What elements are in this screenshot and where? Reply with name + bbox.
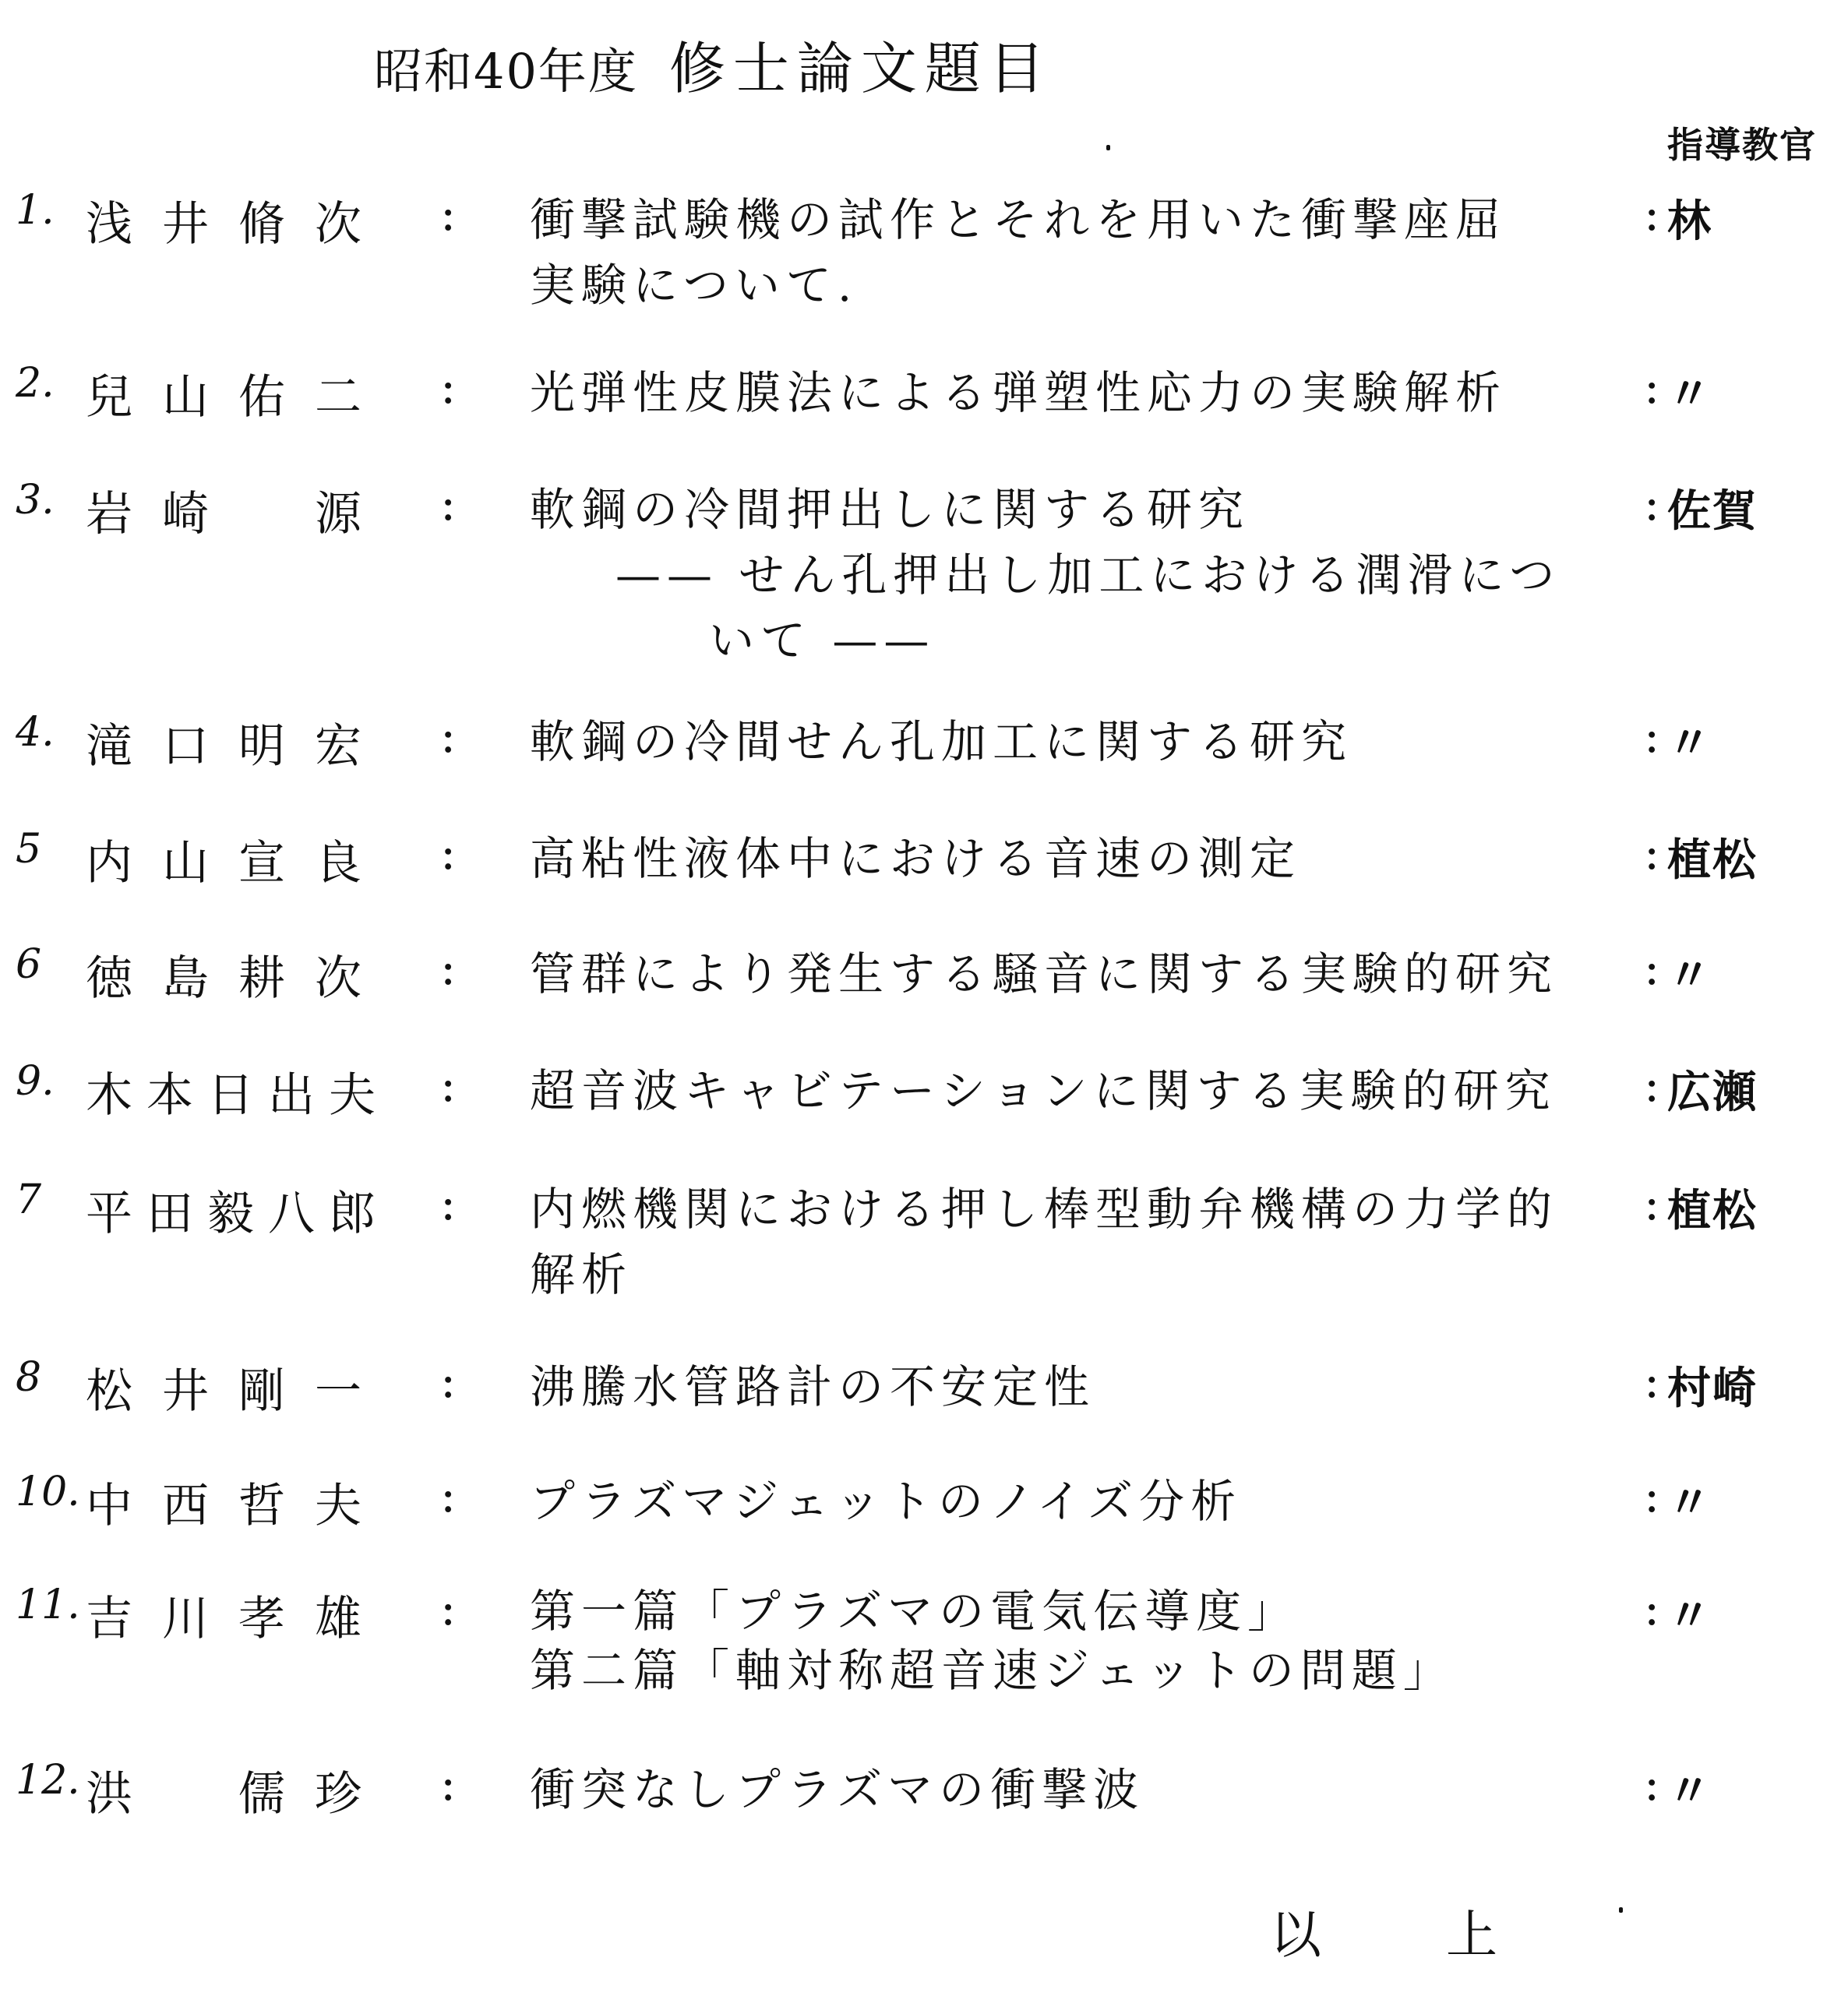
separator-colon: : (440, 709, 456, 764)
student-name: 滝口明宏 (86, 709, 428, 776)
thesis-subtitle-line: —— せん孔押出し加工における潤滑につ (530, 542, 1652, 608)
thesis-line: 超音波キャビテーションに関する実験的研究 (530, 1058, 1652, 1123)
student-name: 中西哲夫 (86, 1469, 428, 1536)
separator-colon: : (1644, 187, 1659, 242)
thesis-title: 衝撃試験機の試作とそれを用いた衝撃座屈 実験について. (530, 187, 1652, 318)
advisor-name: 〃 (1667, 1469, 1712, 1531)
separator-colon: : (440, 941, 456, 996)
advisor-name: 佐賀 (1667, 477, 1758, 539)
separator-colon: : (1644, 709, 1659, 764)
advisor-name: 〃 (1667, 941, 1712, 1003)
entry-number: 5 (16, 826, 86, 873)
advisor-column-header: 指導教官 (1667, 117, 1817, 168)
thesis-title: プラズマジェットのノイズ分析 (530, 1469, 1652, 1534)
separator-colon: : (1644, 1058, 1659, 1113)
entry-number: 2. (16, 360, 86, 407)
student-name: 兒山佑二 (86, 360, 428, 427)
title-fiscal-year: 昭和40年度 (374, 43, 638, 100)
thesis-line: 管群により発生する騒音に関する実験的研究 (530, 941, 1652, 1007)
separator-colon: : (1644, 1469, 1659, 1523)
thesis-line: 軟鋼の冷間押出しに関する研究 (530, 477, 1652, 542)
thesis-title: 光弾性皮膜法による弾塑性応力の実験解析 (530, 360, 1652, 425)
separator-colon: : (1644, 477, 1659, 531)
entry-number: 8 (16, 1354, 86, 1401)
separator-colon: : (1644, 1582, 1659, 1636)
scan-speck (1106, 145, 1110, 150)
separator-colon: : (1644, 826, 1659, 880)
thesis-title: 衝突なしプラズマの衝撃波 (530, 1757, 1652, 1822)
separator-colon: : (440, 1757, 456, 1811)
thesis-title: 高粘性液体中における音速の測定 (530, 826, 1652, 891)
student-name: 吉川孝雄 (86, 1582, 428, 1649)
thesis-line: 沸騰水管路計の不安定性 (530, 1354, 1652, 1420)
entry-number: 11. (16, 1582, 86, 1628)
thesis-line: 衝突なしプラズマの衝撃波 (530, 1757, 1652, 1822)
entry-number: 3. (16, 477, 86, 524)
thesis-title: 管群により発生する騒音に関する実験的研究 (530, 941, 1652, 1007)
entry-number: 12. (16, 1757, 86, 1804)
thesis-line: 第二篇「軸対称超音速ジェットの問題」 (530, 1641, 1652, 1700)
thesis-title: 内燃機関における押し棒型動弁機構の力学的 解析 (530, 1176, 1652, 1307)
thesis-title: 第一篇「プラズマの電気伝導度」 第二篇「軸対称超音速ジェットの問題」 (530, 1582, 1652, 1700)
separator-colon: : (1644, 1757, 1659, 1811)
student-name: 徳島耕次 (86, 941, 428, 1008)
separator-colon: : (1644, 1354, 1659, 1409)
title-main: 修士論文題目 (669, 36, 1053, 101)
separator-colon: : (440, 477, 456, 531)
separator-colon: : (440, 1176, 456, 1231)
student-name: 内山宣良 (86, 826, 428, 893)
closing-mark: 以上 (1270, 1893, 1622, 1967)
thesis-title: 沸騰水管路計の不安定性 (530, 1354, 1652, 1420)
advisor-name: 〃 (1667, 709, 1712, 771)
entry-number: 1. (16, 187, 86, 234)
thesis-title: 軟鋼の冷間せん孔加工に関する研究 (530, 709, 1652, 774)
thesis-line: 軟鋼の冷間せん孔加工に関する研究 (530, 709, 1652, 774)
thesis-line: 高粘性液体中における音速の測定 (530, 826, 1652, 891)
separator-colon: : (440, 1469, 456, 1523)
advisor-name: 植松 (1667, 826, 1758, 888)
entry-number: 9. (16, 1058, 86, 1105)
separator-colon: : (440, 1058, 456, 1113)
advisor-name: 〃 (1667, 360, 1712, 422)
thesis-line: 衝撃試験機の試作とそれを用いた衝撃座屈 (530, 187, 1652, 252)
student-name: 洪 儒珍 (86, 1757, 428, 1824)
thesis-line: 光弾性皮膜法による弾塑性応力の実験解析 (530, 360, 1652, 425)
scan-speck (1619, 1907, 1623, 1913)
student-name: 浅井脩次 (86, 187, 428, 254)
advisor-name: 〃 (1667, 1582, 1712, 1644)
separator-colon: : (1644, 1176, 1659, 1231)
entry-number: 6 (16, 941, 86, 988)
advisor-name: 広瀬 (1667, 1058, 1758, 1120)
separator-colon: : (440, 826, 456, 880)
separator-colon: : (440, 1354, 456, 1409)
thesis-title: 超音波キャビテーションに関する実験的研究 (530, 1058, 1652, 1123)
separator-colon: : (1644, 360, 1659, 414)
page-title: 昭和40年度修士論文題目 (374, 23, 1053, 104)
entry-number: 4. (16, 709, 86, 756)
entry-number: 7 (16, 1176, 86, 1223)
advisor-name: 植松 (1667, 1176, 1758, 1239)
advisor-name: 村崎 (1667, 1354, 1758, 1416)
advisor-name: 〃 (1667, 1757, 1712, 1819)
thesis-line: 実験について. (530, 252, 1652, 318)
entry-number: 10. (16, 1469, 86, 1515)
advisor-name: 林 (1667, 187, 1712, 249)
student-name: 木本日出夫 (86, 1058, 428, 1125)
thesis-line: プラズマジェットのノイズ分析 (530, 1469, 1652, 1534)
thesis-subtitle-line: いて —— (530, 608, 1652, 673)
thesis-line: 内燃機関における押し棒型動弁機構の力学的 (530, 1176, 1652, 1242)
separator-colon: : (440, 360, 456, 414)
student-name: 松井剛一 (86, 1354, 428, 1421)
separator-colon: : (440, 1582, 456, 1636)
student-name: 岩崎 源 (86, 477, 428, 544)
thesis-line: 解析 (530, 1242, 1652, 1307)
thesis-line: 第一篇「プラズマの電気伝導度」 (530, 1582, 1652, 1641)
student-name: 平田毅八郎 (86, 1176, 428, 1243)
separator-colon: : (1644, 941, 1659, 996)
separator-colon: : (440, 187, 456, 242)
thesis-title: 軟鋼の冷間押出しに関する研究 —— せん孔押出し加工における潤滑につ いて —— (530, 477, 1652, 673)
